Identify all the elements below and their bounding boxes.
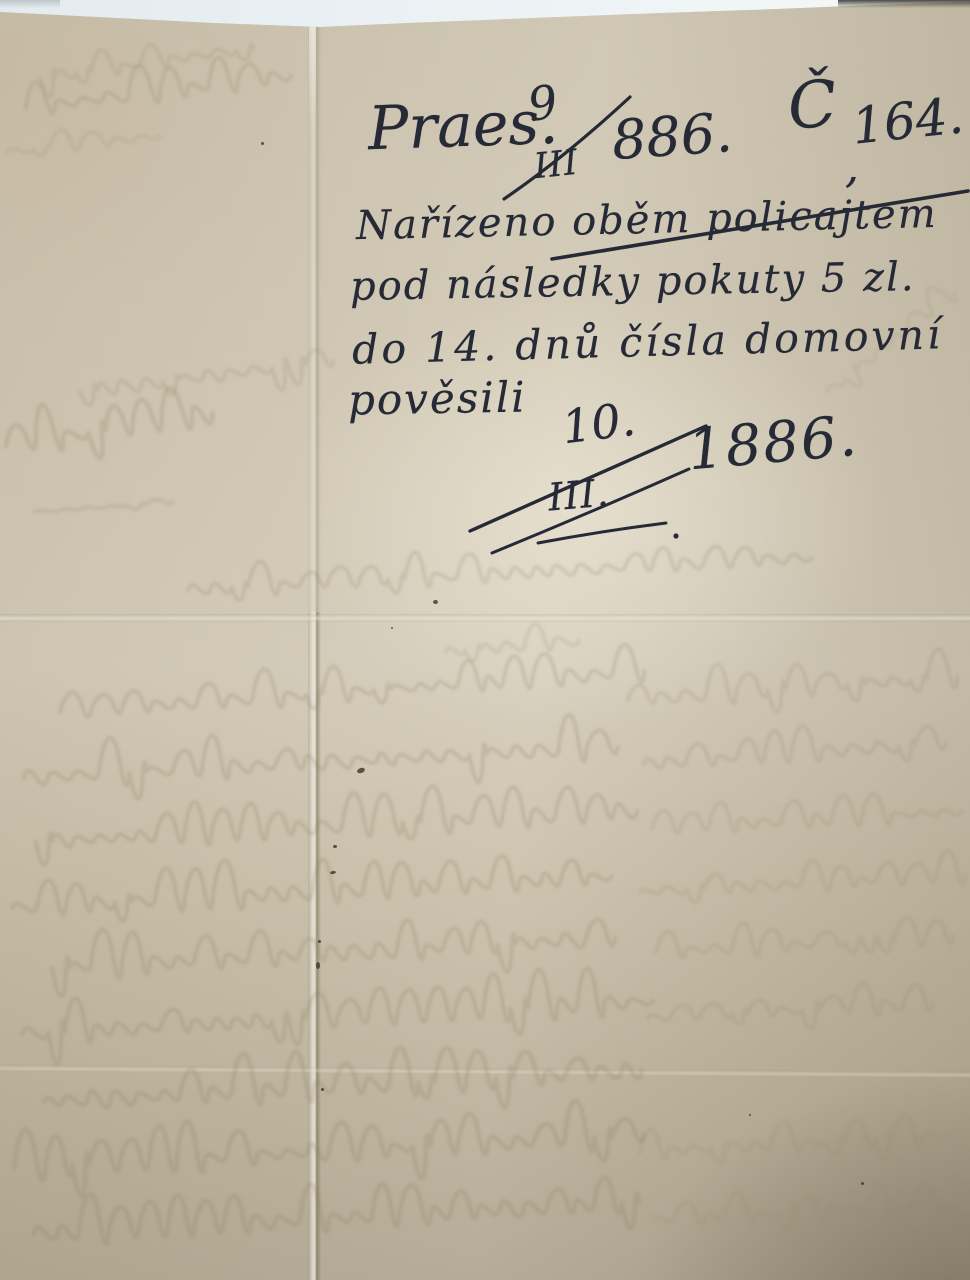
ghost-writing-line <box>642 716 946 779</box>
received-date-month: III <box>532 146 580 185</box>
body-line-4: pověsili <box>348 376 527 421</box>
ghost-writing-line <box>34 499 173 517</box>
ghost-writing-line <box>6 120 160 159</box>
ghost-writing-line <box>23 47 293 118</box>
paper-sheet: Praes. 9 III 886. Č , 164. Nařízeno oběm… <box>0 0 970 1280</box>
ghost-writing-line <box>187 532 813 604</box>
ghost-writing-line <box>626 648 959 722</box>
ghost-writing-line <box>653 1183 944 1239</box>
ink-speck <box>391 627 393 629</box>
ghost-writing-line <box>647 980 934 1038</box>
body-line-2: pod následky pokuty 5 zl. <box>350 257 916 307</box>
completion-date-month: III. <box>546 473 610 516</box>
registry-number-label: Č <box>785 72 839 140</box>
ghost-writing-line <box>10 840 612 926</box>
ghost-writing-line <box>639 1113 949 1174</box>
body-line-1: Nařízeno oběm policajtem <box>356 194 938 246</box>
ghost-writing-line <box>22 711 619 806</box>
ink-speck <box>321 1088 324 1091</box>
ink-speck <box>433 600 438 604</box>
top-right-shadow <box>838 0 970 8</box>
completion-date-day: 10. <box>559 396 637 451</box>
registry-number-value: 164. <box>850 90 966 151</box>
ghost-writing-line <box>655 912 954 964</box>
completion-month-period <box>673 533 678 538</box>
ghost-writing-line <box>639 850 967 905</box>
document-photo: Praes. 9 III 886. Č , 164. Nařízeno oběm… <box>0 0 970 1280</box>
ink-speck <box>318 940 321 943</box>
ink-speck <box>261 142 264 145</box>
received-date-year: 886. <box>610 106 734 168</box>
ink-speck <box>333 845 337 848</box>
ghost-writing-line <box>651 790 962 837</box>
ghost-writing-line <box>42 1033 643 1132</box>
ghost-writing-line <box>58 643 645 727</box>
ink-and-ghost-overlay <box>0 0 970 1280</box>
ink-speck <box>316 962 320 969</box>
ghost-writing-line <box>12 1097 645 1200</box>
ghost-writing-line <box>34 775 638 865</box>
completion-date-year: 1886. <box>686 409 861 480</box>
top-left-shadow <box>0 0 60 8</box>
ink-speck <box>861 1182 864 1185</box>
received-date-day: 9 <box>525 78 560 128</box>
ghost-writing-line <box>32 1166 640 1260</box>
ink-speck <box>749 1114 751 1116</box>
ghost-writing-line <box>20 964 655 1066</box>
